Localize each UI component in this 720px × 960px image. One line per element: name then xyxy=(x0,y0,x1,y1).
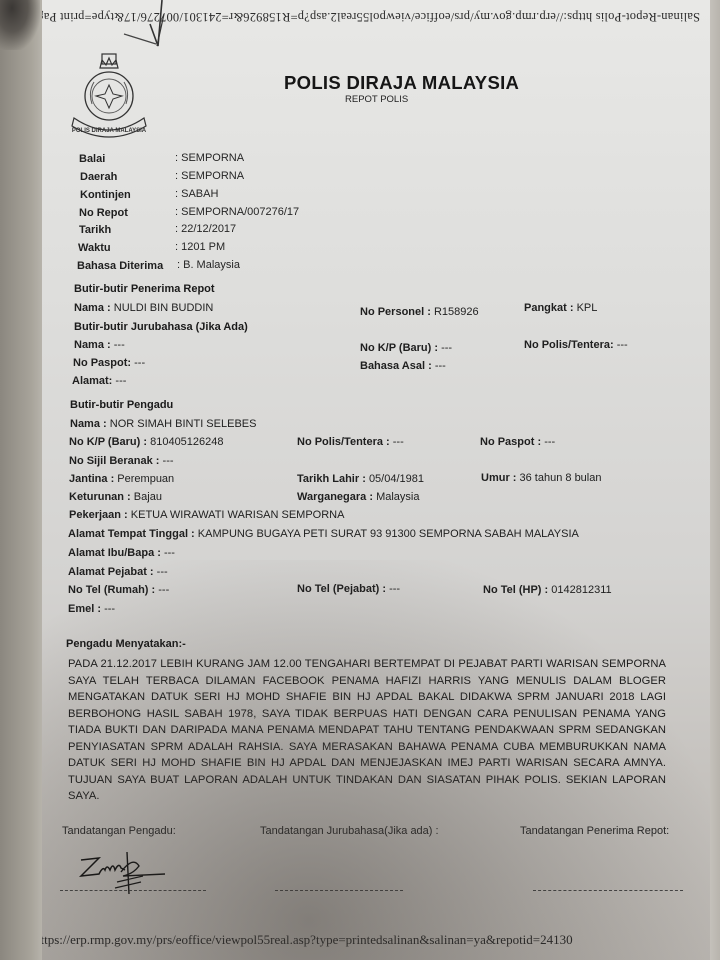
complainant-occupation-field: Pekerjaan : KETUA WIRAWATI WARISAN SEMPO… xyxy=(69,509,344,521)
police-report-paper: Salinan-Repot-Polis https://erp.rmp.gov.… xyxy=(42,0,710,960)
pdrm-crest-icon: POLIS DIRAJA MALAYSIA xyxy=(64,52,154,142)
statement-text: PADA 21.12.2017 LEBIH KURANG JAM 12.00 T… xyxy=(68,656,666,805)
no-repot-value: : SEMPORNA/007276/17 xyxy=(175,206,299,218)
complainant-dob-field: Tarikh Lahir : 05/04/1981 xyxy=(297,473,424,485)
complainant-signature-label: Tandatangan Pengadu: xyxy=(62,825,176,837)
waktu-label: Waktu xyxy=(78,242,111,254)
complainant-gender-field: Jantina : Perempuan xyxy=(69,473,174,485)
agency-title: POLIS DIRAJA MALAYSIA xyxy=(284,72,519,94)
complainant-race-field: Keturunan : Bajau xyxy=(69,491,162,503)
complainant-section-title: Butir-butir Pengadu xyxy=(70,399,173,411)
pen-shadow xyxy=(0,0,40,50)
complainant-name-field: Nama : NOR SIMAH BINTI SELEBES xyxy=(70,418,256,430)
complainant-birth-cert-field: No Sijil Beranak : --- xyxy=(69,455,174,467)
interpreter-address-field: Alamat: --- xyxy=(72,375,126,387)
footer-print-url: https://erp.rmp.gov.my/prs/eoffice/viewp… xyxy=(42,932,710,948)
receiver-signature-label: Tandatangan Penerima Repot: xyxy=(520,825,669,837)
statement-title: Pengadu Menyatakan:- xyxy=(66,638,186,650)
complainant-mobile-field: No Tel (HP) : 0142812311 xyxy=(483,584,612,596)
complainant-citizenship-field: Warganegara : Malaysia xyxy=(297,491,419,503)
complainant-home-tel-field: No Tel (Rumah) : --- xyxy=(68,584,169,596)
receiver-section-title: Butir-butir Penerima Repot xyxy=(74,283,215,295)
interpreter-section-title: Butir-butir Jurubahasa (Jika Ada) xyxy=(74,321,248,333)
complainant-age-field: Umur : 36 tahun 8 bulan xyxy=(481,472,601,484)
complainant-passport-field: No Paspot : --- xyxy=(480,436,555,448)
daerah-label: Daerah xyxy=(80,171,117,183)
pen-scribble-mark xyxy=(122,0,182,55)
complainant-signature-line xyxy=(60,890,206,891)
complainant-police-field: No Polis/Tentera : --- xyxy=(297,436,404,448)
svg-text:POLIS DIRAJA MALAYSIA: POLIS DIRAJA MALAYSIA xyxy=(72,128,147,134)
receiver-rank-field: Pangkat : KPL xyxy=(524,302,597,314)
interpreter-name-field: Nama : --- xyxy=(74,339,125,351)
document-type: REPOT POLIS xyxy=(345,94,408,105)
waktu-value: : 1201 PM xyxy=(175,241,225,253)
bahasa-diterima-value: : B. Malaysia xyxy=(177,259,240,271)
tarikh-value: : 22/12/2017 xyxy=(175,223,236,235)
receiver-signature-line xyxy=(533,890,683,891)
balai-label: Balai xyxy=(79,153,105,165)
interpreter-signature-line xyxy=(275,890,403,891)
complainant-home-address-field: Alamat Tempat Tinggal : KAMPUNG BUGAYA P… xyxy=(68,528,579,540)
complainant-ic-field: No K/P (Baru) : 810405126248 xyxy=(69,436,224,448)
interpreter-police-field: No Polis/Tentera: --- xyxy=(524,339,628,351)
interpreter-signature-label: Tandatangan Jurubahasa(Jika ada) : xyxy=(260,825,439,837)
complainant-email-field: Emel : --- xyxy=(68,603,115,615)
daerah-value: : SEMPORNA xyxy=(175,170,244,182)
receiver-personnel-field: No Personel : R158926 xyxy=(360,306,479,318)
complainant-office-address-field: Alamat Pejabat : --- xyxy=(68,566,168,578)
tarikh-label: Tarikh xyxy=(79,224,111,236)
interpreter-language-field: Bahasa Asal : --- xyxy=(360,360,446,372)
kontinjen-value: : SABAH xyxy=(175,188,218,200)
interpreter-passport-field: No Paspot: --- xyxy=(73,357,145,369)
complainant-office-tel-field: No Tel (Pejabat) : --- xyxy=(297,583,400,595)
no-repot-label: No Repot xyxy=(79,207,128,219)
receiver-name-field: Nama : NULDI BIN BUDDIN xyxy=(74,302,213,314)
kontinjen-label: Kontinjen xyxy=(80,189,131,201)
balai-value: : SEMPORNA xyxy=(175,152,244,164)
background-table-left xyxy=(0,0,44,960)
complainant-parent-address-field: Alamat Ibu/Bapa : --- xyxy=(68,547,175,559)
interpreter-ic-field: No K/P (Baru) : --- xyxy=(360,342,452,354)
bahasa-diterima-label: Bahasa Diterima xyxy=(77,260,163,272)
